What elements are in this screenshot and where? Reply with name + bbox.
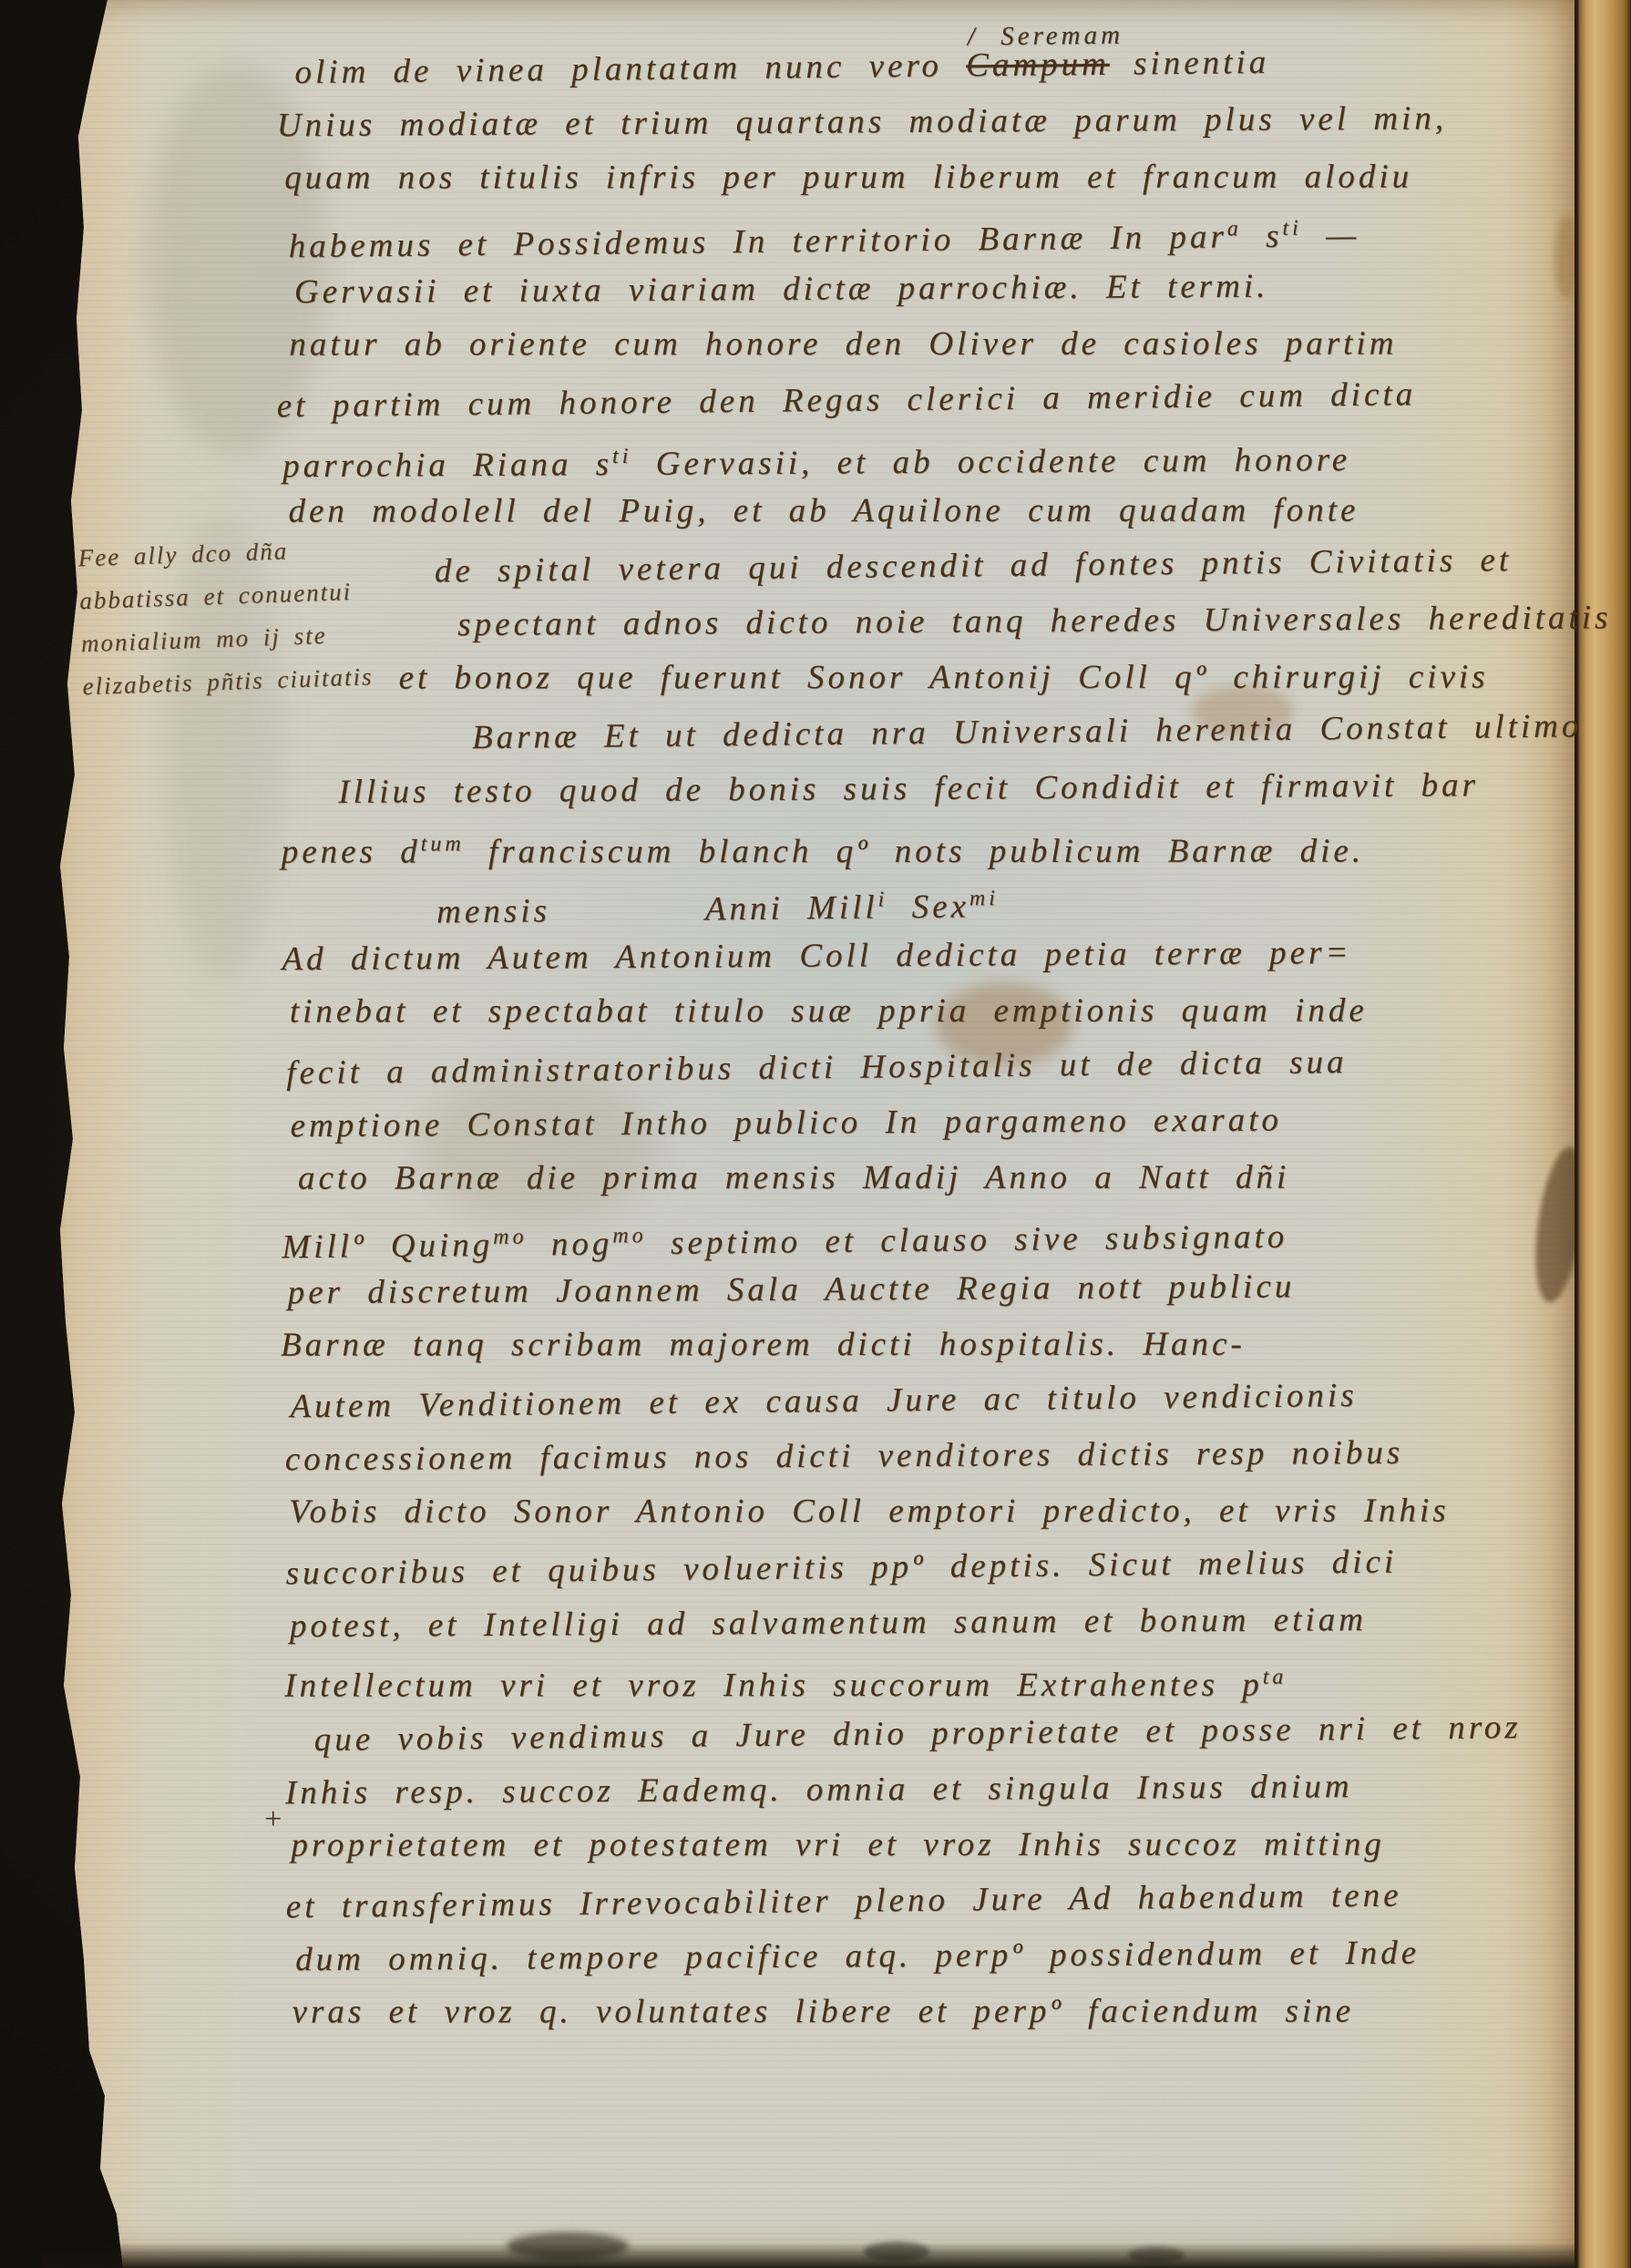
line-text: habemus et Possidemus In territorio Barn…: [289, 218, 1228, 265]
line-text: franciscum blanch qº nots publicum Barnæ…: [465, 833, 1364, 871]
manuscript-line: Barnæ tanq scribam majorem dicti hospita…: [275, 1316, 1569, 1372]
line-text: concessionem facimus nos dicti venditore…: [285, 1434, 1404, 1478]
line-text: septimo et clauso sive subsignato: [647, 1218, 1288, 1262]
line-text: dum omniq. tempore pacifice atq. perpº p…: [295, 1934, 1420, 1979]
manuscript-lines: olim de vinea plantatam nunc vero / Sere…: [267, 35, 1573, 2044]
line-text: Ad dictum Autem Antonium Coll dedicta pe…: [282, 934, 1351, 978]
next-page-edge: [1575, 0, 1631, 2268]
line-text: succoribus et quibus volueritis ppº dept…: [285, 1544, 1397, 1593]
line-text: mo: [612, 1224, 647, 1247]
line-text: Anni Mill: [705, 888, 878, 928]
line-text: et transferimus Irrevocabiliter pleno Ju…: [286, 1877, 1402, 1926]
line-text: tinebat et spectabat titulo suæ ppria em…: [290, 992, 1368, 1031]
page-bottom-shadow: [41, 2242, 1576, 2268]
line-text: ti: [612, 445, 632, 468]
manuscript-line: vras et vroz q. voluntates libere et per…: [279, 1983, 1573, 2039]
photo-background: Fee ally dco dñaabbatissa et conuentuimo…: [0, 0, 1631, 2268]
line-text: que vobis vendimus a Jure dnio proprieta…: [313, 1709, 1521, 1759]
line-text: Barnæ tanq scribam majorem dicti hospita…: [281, 1326, 1246, 1364]
manuscript-line: concessionem facimus nos dicti venditore…: [276, 1424, 1570, 1488]
line-text: mi: [969, 887, 999, 910]
line-text: den modolell del Puig, et ab Aquilone cu…: [288, 492, 1359, 530]
manuscript-line: potest, et Intelligi ad salvamentum sanu…: [277, 1591, 1571, 1655]
manuscript-line: penes dtum franciscum blanch qº nots pub…: [272, 816, 1566, 872]
line-text: Illius testo quod de bonis suis fecit Co…: [338, 766, 1479, 811]
line-text: olim de vinea plantatam nunc vero: [294, 46, 966, 91]
manuscript-line: acto Barnæ die prima mensis Madij Anno a…: [274, 1149, 1568, 1206]
line-text: Sex: [887, 888, 969, 926]
line-text: mo: [493, 1226, 528, 1249]
line-text: proprietatem et potestatem vri et vroz I…: [291, 1826, 1385, 1864]
manuscript-line: natur ab oriente cum honore den Oliver d…: [269, 315, 1563, 372]
line-text: Unius modiatæ et trium quartans modiatæ …: [277, 99, 1447, 144]
manuscript-line: parrochia Riana sti Gervasii, et ab occi…: [270, 424, 1564, 487]
line-text: i: [877, 888, 887, 911]
line-text: ta: [1263, 1666, 1287, 1689]
manuscript-line: Intellectum vri et vroz Inhis succorum E…: [277, 1649, 1571, 1706]
line-text: Intellectum vri et vroz Inhis succorum E…: [284, 1667, 1262, 1705]
manuscript-line: per discretum Joannem Sala Auctte Regia …: [275, 1257, 1569, 1321]
line-text: Barnæ Et ut dedicta nra Universali heren…: [472, 707, 1583, 756]
line-text: emptione Constat Intho publico In pargam…: [290, 1102, 1282, 1145]
line-text: per discretum Joannem Sala Auctte Regia …: [288, 1267, 1296, 1311]
line-text: natur ab oriente cum honore den Oliver d…: [289, 325, 1397, 364]
line-text: s: [1242, 218, 1283, 255]
manuscript-line: Ad dictum Autem Antonium Coll dedicta pe…: [272, 924, 1566, 988]
line-text: et bonoz que fuerunt Sonor Antonij Coll …: [399, 658, 1489, 696]
line-text: ti: [1282, 217, 1302, 241]
line-text: vras et vroz q. voluntates libere et per…: [292, 1993, 1355, 2031]
manuscript-line: Gervasii et iuxta viariam dictæ parrochi…: [269, 257, 1563, 321]
line-text: parrochia Riana s: [282, 446, 612, 485]
manuscript-line: emptione Constat Intho publico In pargam…: [273, 1091, 1567, 1155]
manuscript-line: proprietatem et potestatem vri et vroz I…: [278, 1816, 1572, 1873]
line-text: Gervasii, et ab occidente cum honore: [631, 441, 1350, 483]
manuscript-line: quam nos titulis infris per purum liberu…: [268, 149, 1562, 205]
line-text: et partim cum honore den Regas clerici a…: [277, 375, 1417, 425]
line-text: acto Barnæ die prima mensis Madij Anno a…: [298, 1159, 1289, 1197]
line-text: tum: [421, 832, 465, 856]
manuscript-line: den modolell del Puig, et ab Aquilone cu…: [270, 482, 1564, 539]
manuscript-line: spectant adnos dicto noie tanq heredes U…: [271, 590, 1564, 654]
line-text: quam nos titulis infris per purum liberu…: [284, 159, 1412, 197]
manuscript-line: Unius modiatæ et trium quartans modiatæ …: [268, 90, 1562, 154]
line-text: —: [1302, 217, 1360, 255]
line-text: fecit a administratoribus dicti Hospital…: [286, 1043, 1348, 1092]
line-text: sinentia: [1110, 44, 1270, 83]
line-text: Gervasii et iuxta viariam dictæ parrochi…: [294, 268, 1269, 312]
line-text: Inhis resp. succoz Eademq. omnia et sing…: [285, 1768, 1353, 1811]
manuscript-line: Vobis dicto Sonor Antonio Coll emptori p…: [276, 1483, 1570, 1539]
manuscript-line: dum omniq. tempore pacifice atq. perpº p…: [279, 1924, 1573, 1988]
line-text: Millº Quing: [282, 1226, 493, 1266]
manuscript-line: Illius testo quod de bonis suis fecit Co…: [272, 757, 1565, 821]
line-text: Autem Venditionem et ex causa Jure ac ti…: [290, 1377, 1358, 1425]
line-text: penes d: [282, 833, 421, 870]
line-text: nog: [527, 1226, 612, 1264]
line-text: potest, et Intelligi ad salvamentum sanu…: [290, 1601, 1367, 1645]
line-text: mensis: [436, 892, 550, 930]
line-text: a: [1227, 217, 1242, 241]
line-text: Vobis dicto Sonor Antonio Coll emptori p…: [289, 1492, 1450, 1530]
manuscript-line: Inhis resp. succoz Eademq. omnia et sing…: [278, 1758, 1572, 1822]
line-text: spectant adnos dicto noie tanq heredes U…: [457, 599, 1611, 643]
line-text: de spital vetera qui descendit ad fontes…: [435, 541, 1513, 590]
manuscript-line: et bonoz que fuerunt Sonor Antonij Coll …: [272, 649, 1565, 705]
manuscript-line: tinebat et spectabat titulo suæ ppria em…: [273, 982, 1567, 1039]
